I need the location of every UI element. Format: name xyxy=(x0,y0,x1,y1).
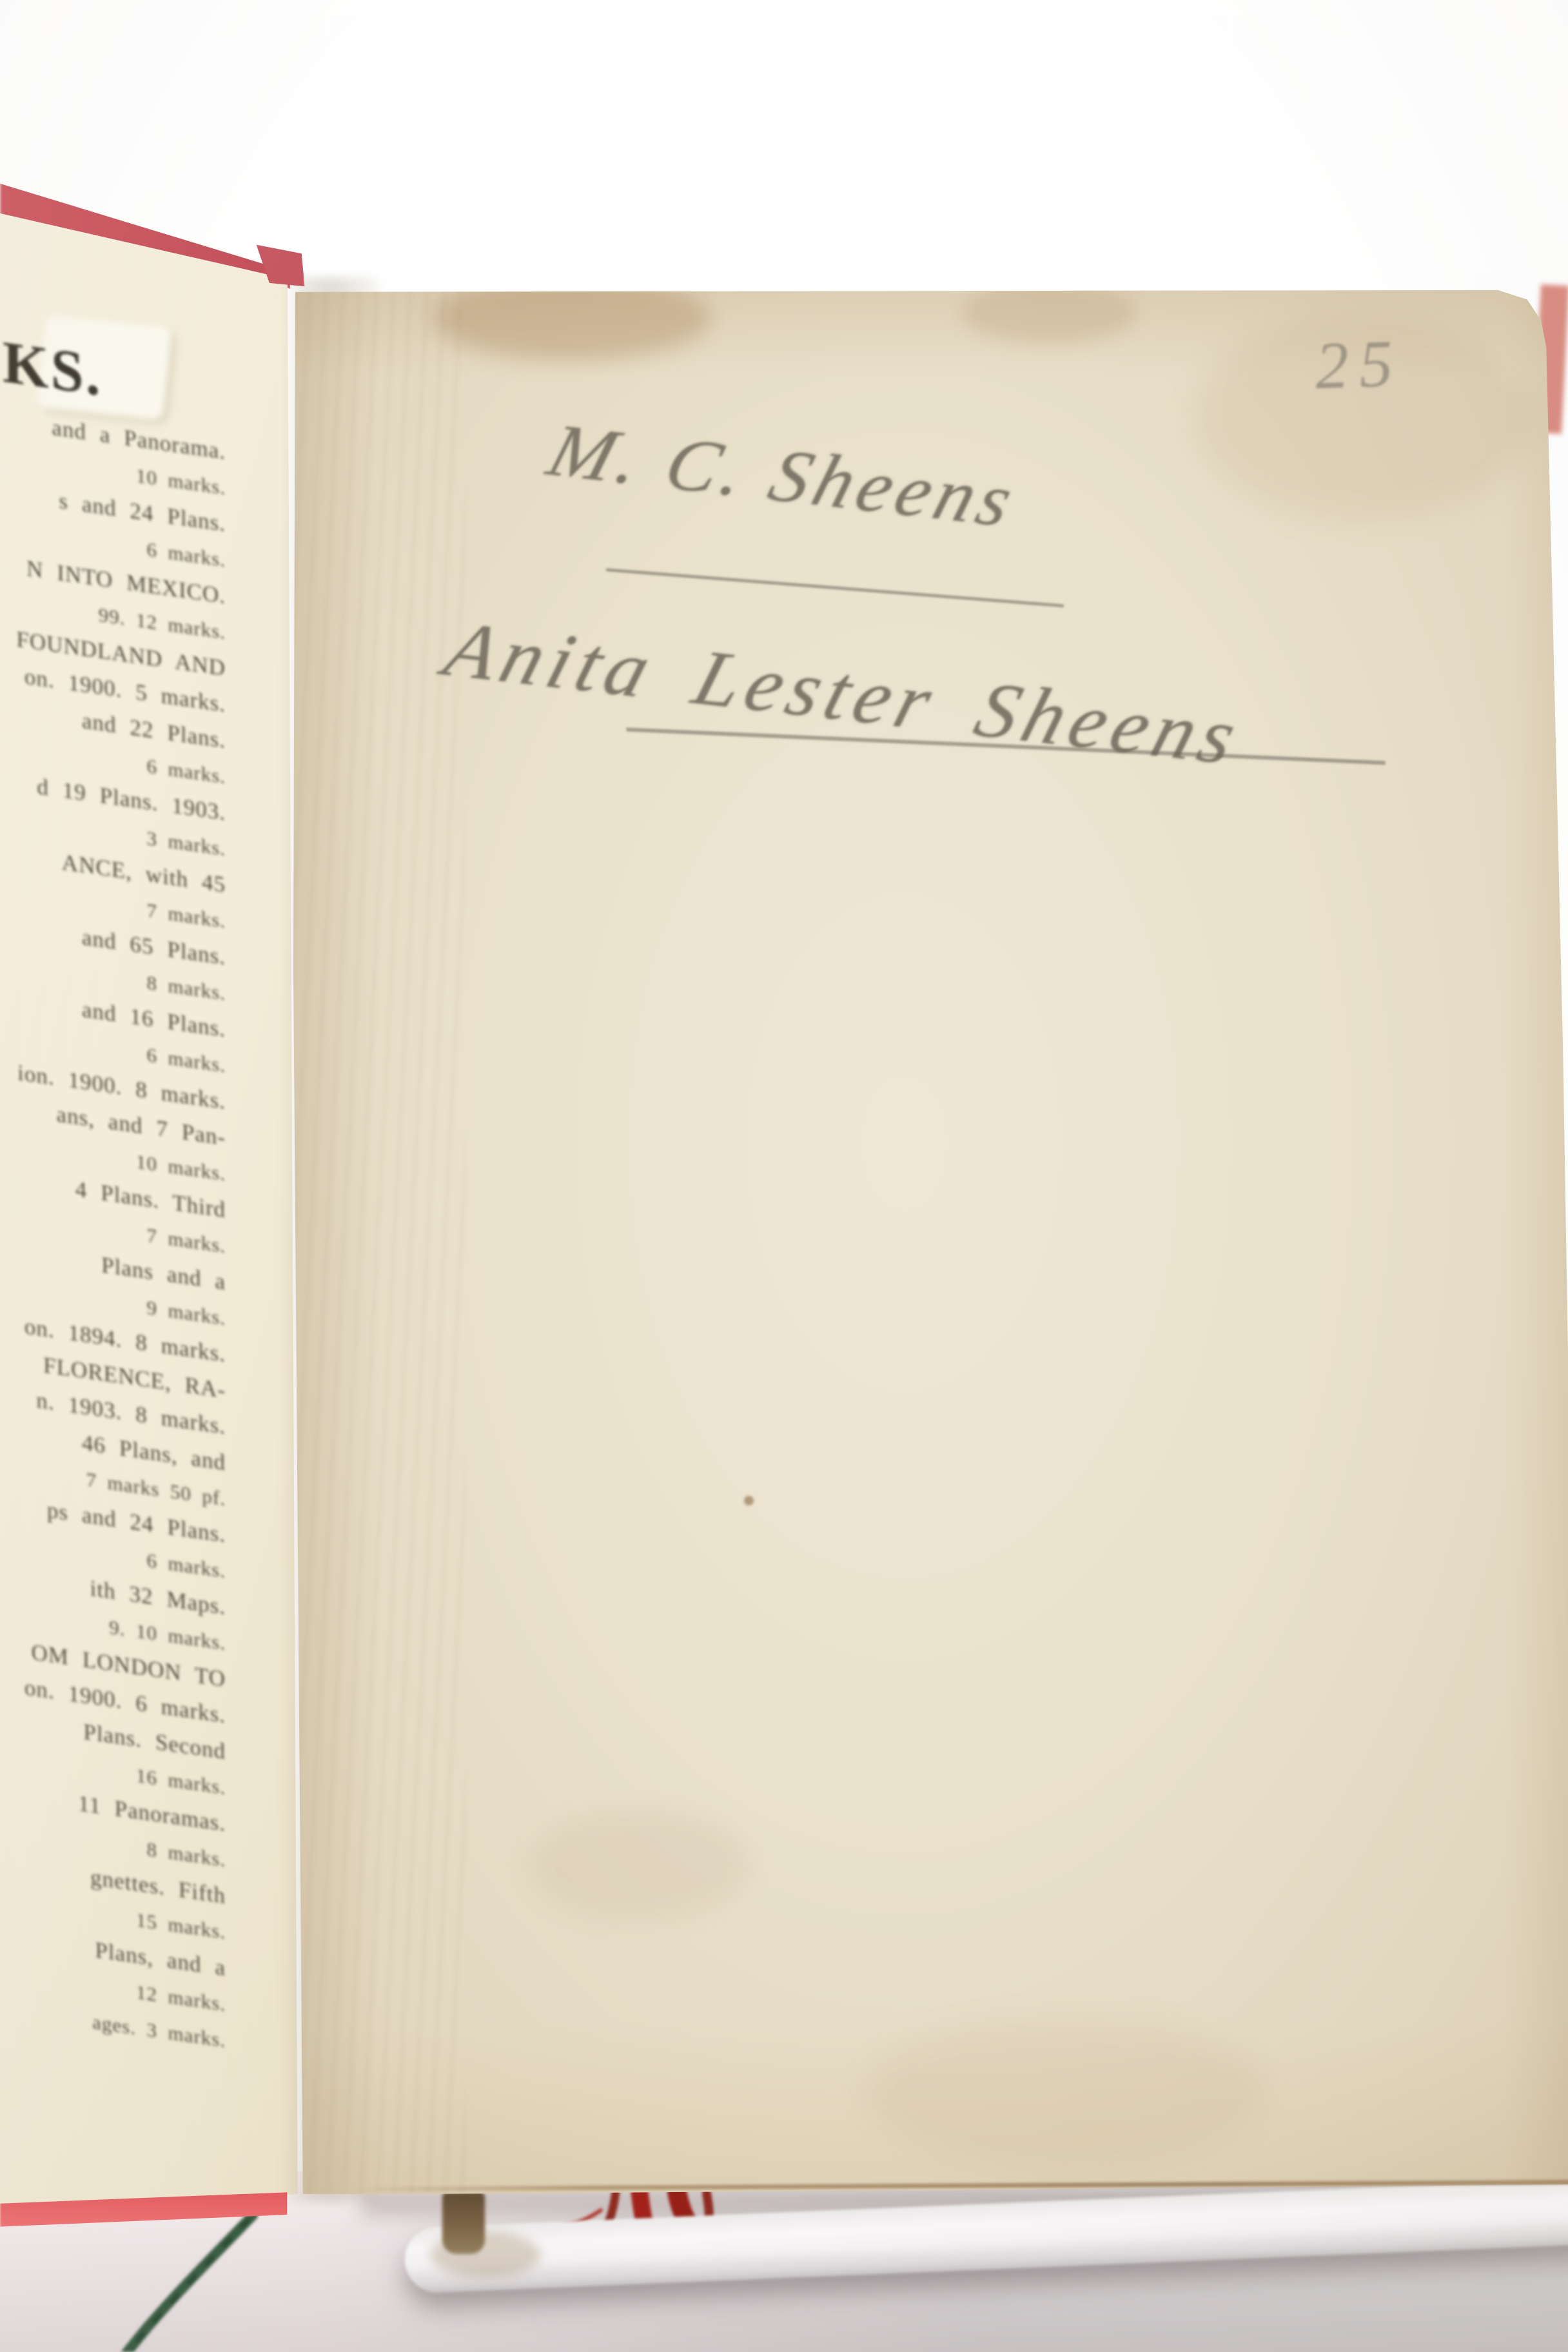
book-photo: KS. and a Panorama.10 marks.s and 24 Pla… xyxy=(0,0,1568,2352)
bookmark-cord-green xyxy=(126,2215,253,2352)
page-stain xyxy=(962,282,1136,344)
page-stain xyxy=(865,2017,1265,2165)
pencil-underline-1 xyxy=(606,568,1064,607)
page-spot xyxy=(744,1496,754,1505)
stained-book-corner xyxy=(442,2192,485,2254)
inscription-line-1: M. C. Sheens xyxy=(539,407,1028,544)
pencil-page-number: 25 xyxy=(1314,325,1404,405)
inscription-line-2: Anita Lester Sheens xyxy=(435,604,1253,783)
catalog-column: KS. and a Panorama.10 marks.s and 24 Pla… xyxy=(0,321,272,2065)
catalog-lines: and a Panorama.10 marks.s and 24 Plans.6… xyxy=(0,402,272,2065)
page-stain xyxy=(530,1810,749,1920)
